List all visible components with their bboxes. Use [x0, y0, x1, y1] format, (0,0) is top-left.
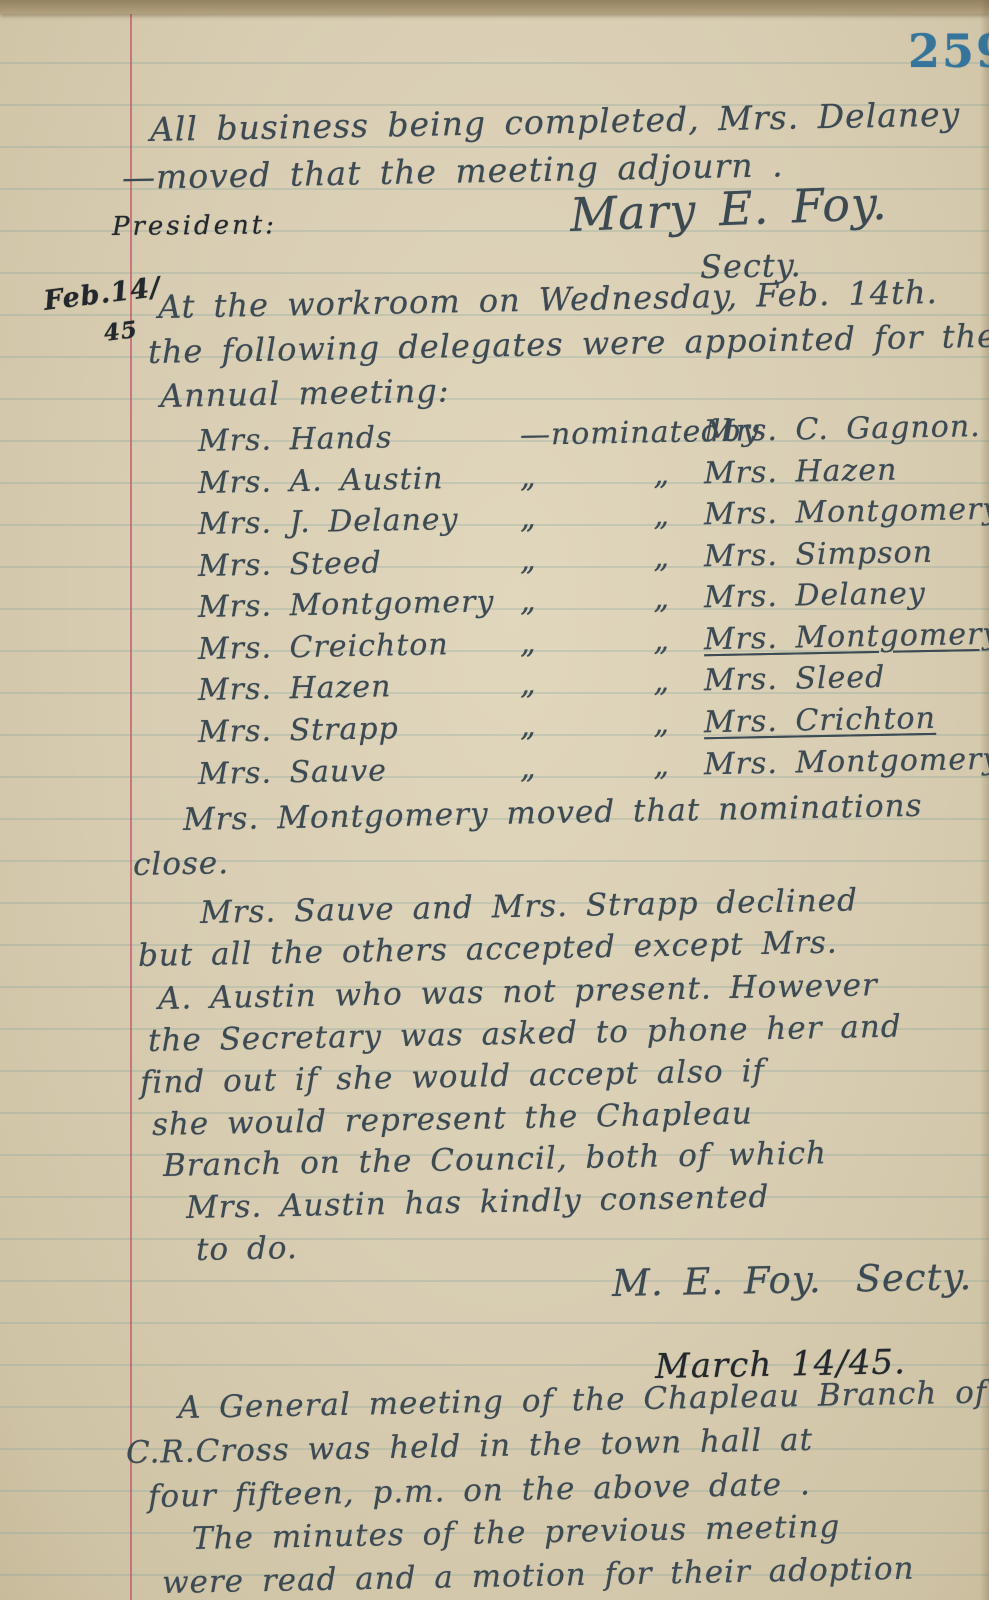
- delegate-name: Mrs. Steed: [198, 543, 521, 584]
- page-number: 259: [908, 24, 989, 78]
- nominator-name: Mrs. Montgomery: [704, 492, 989, 533]
- secretary-signature: M. E. Foy.Secty.: [612, 1254, 989, 1305]
- delegate-name: Mrs. Hands: [198, 418, 521, 459]
- ditto-mark: „: [653, 748, 670, 783]
- ditto-mark: „: [653, 623, 670, 658]
- nominated-by-text: —nominated: [520, 414, 722, 453]
- ditto-mark: „: [520, 501, 537, 536]
- ditto-mark: „: [653, 457, 670, 492]
- ditto-mark: „: [520, 626, 537, 661]
- secretary-title: Secty.: [855, 1255, 972, 1300]
- ditto-mark: „: [653, 581, 670, 616]
- page-top-edge: [0, 0, 989, 14]
- delegate-name: Mrs. Montgomery: [198, 584, 521, 625]
- minutes-line: close.: [133, 845, 230, 883]
- nominator-name: Mrs. Hazen: [704, 453, 898, 492]
- ditto-mark: „: [653, 498, 670, 533]
- delegate-name: Mrs. A. Austin: [198, 460, 521, 501]
- nominator-name: Mrs. Simpson: [704, 535, 934, 574]
- ditto-mark: „: [653, 706, 670, 741]
- delegate-name: Mrs. Hazen: [198, 667, 521, 708]
- nominator-name: Mrs. Montgomery: [704, 617, 989, 658]
- delegate-name: Mrs. Creichton: [198, 626, 521, 667]
- ditto-mark: „: [520, 751, 537, 786]
- minutes-line: Annual meeting:: [160, 371, 450, 415]
- delegate-name: Mrs. Sauve: [198, 751, 521, 792]
- ditto-mark: „: [520, 667, 537, 702]
- ditto-mark: „: [520, 460, 537, 495]
- ditto-mark: „: [520, 543, 537, 578]
- ditto-mark: „: [520, 709, 537, 744]
- nominator-name: Mrs. Montgomery: [704, 742, 989, 783]
- margin-date: 45: [102, 316, 139, 347]
- ditto-mark: „: [653, 664, 670, 699]
- nominator-name: Mrs. Delaney: [704, 576, 926, 615]
- ledger-page: 259 All business being completed, Mrs. D…: [0, 0, 989, 1600]
- nominator-name: Mrs. C. Gagnon.: [704, 409, 981, 449]
- president-label: President:: [112, 210, 277, 242]
- ditto-mark: „: [520, 584, 537, 619]
- signature-name: M. E. Foy.: [612, 1258, 822, 1305]
- ditto-mark: „: [653, 540, 670, 575]
- delegate-name: Mrs. J. Delaney: [198, 501, 521, 542]
- page-right-edge-shadow: [980, 0, 989, 1600]
- minutes-line: to do.: [196, 1230, 298, 1268]
- nominator-name: Mrs. Sleed: [704, 660, 886, 698]
- delegate-name: Mrs. Strapp: [198, 709, 521, 750]
- nominator-name: Mrs. Crichton: [704, 701, 937, 740]
